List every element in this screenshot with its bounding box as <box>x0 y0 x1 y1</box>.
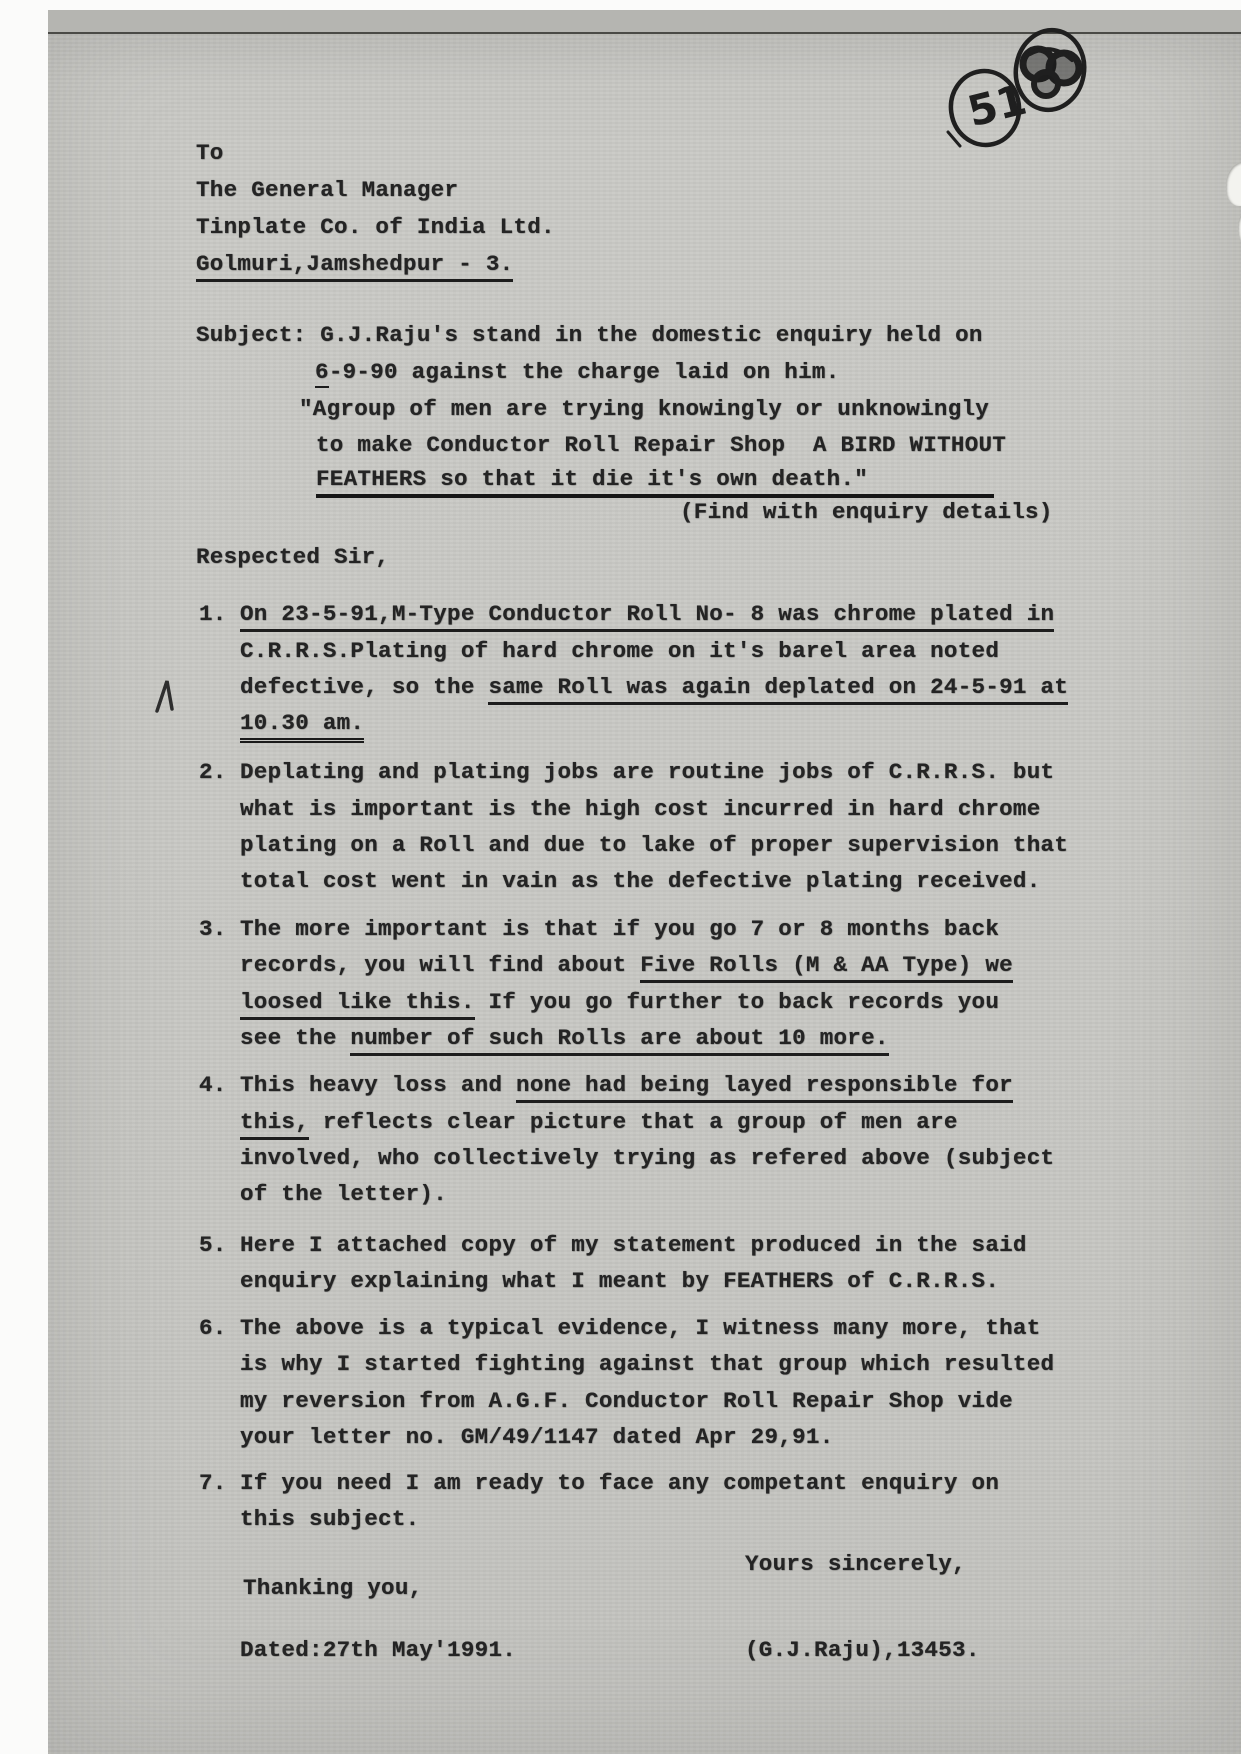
recipient-title: The General Manager <box>196 177 458 203</box>
salutation: Respected Sir, <box>196 544 389 570</box>
letter-content: To The General Manager Tinplate Co. of I… <box>0 0 1241 1754</box>
point-6-line-1: The above is a typical evidence, I witne… <box>240 1315 1041 1341</box>
point-1-line-3: defective, so the same Roll was again de… <box>240 674 1068 700</box>
recipient-company: Tinplate Co. of India Ltd. <box>196 214 555 240</box>
point-3-line-3: loosed like this. If you go further to b… <box>240 989 999 1015</box>
closing-thanks: Thanking you, <box>243 1575 422 1601</box>
point-6-number: 6. <box>199 1315 227 1341</box>
point-5-line-1: Here I attached copy of my statement pro… <box>240 1232 1027 1258</box>
point-6-line-3: my reversion from A.G.F. Conductor Roll … <box>240 1388 1013 1414</box>
recipient-line-2: The General Manager <box>196 177 458 203</box>
point-3-line-2: records, you will find about Five Rolls … <box>240 952 1013 978</box>
point-4-line-4: of the letter). <box>240 1181 447 1207</box>
point-5-line-2: enquiry explaining what I meant by FEATH… <box>240 1268 999 1294</box>
subject-quote-3: FEATHERS so that it die it's own death." <box>316 466 994 492</box>
point-2-line-1: Deplating and plating jobs are routine j… <box>240 759 1054 785</box>
point-7-line-2: this subject. <box>240 1506 419 1532</box>
subject-quote-2: to make Conductor Roll Repair Shop A BIR… <box>316 432 1006 458</box>
recipient-line-3: Tinplate Co. of India Ltd. <box>196 214 555 240</box>
point-3-line-4: see the number of such Rolls are about 1… <box>240 1025 889 1051</box>
point-7-number: 7. <box>199 1470 227 1496</box>
point-6-line-2: is why I started fighting against that g… <box>240 1351 1054 1377</box>
point-2-line-2: what is important is the high cost incur… <box>240 796 1041 822</box>
point-1-line-2: C.R.R.S.Plating of hard chrome on it's b… <box>240 638 999 664</box>
subject-quote-1: "Agroup of men are trying knowingly or u… <box>299 396 989 422</box>
point-6-line-4: your letter no. GM/49/1147 dated Apr 29,… <box>240 1424 834 1450</box>
subject-line-1: Subject: G.J.Raju's stand in the domesti… <box>196 322 983 348</box>
recipient-address: Golmuri,Jamshedpur - 3. <box>196 251 513 282</box>
point-5-number: 5. <box>199 1232 227 1258</box>
point-1-line-1: On 23-5-91,M-Type Conductor Roll No- 8 w… <box>240 601 1054 627</box>
recipient-to: To <box>196 140 224 166</box>
find-note: (Find with enquiry details) <box>680 499 1053 525</box>
recipient-line-1: To <box>196 140 224 166</box>
point-4-line-2: this, reflects clear picture that a grou… <box>240 1109 958 1135</box>
point-4-line-3: involved, who collectively trying as ref… <box>240 1145 1054 1171</box>
point-1-line-4: 10.30 am. <box>240 710 364 736</box>
subject-line-2: 6-9-90 against the charge laid on him. <box>315 359 840 385</box>
closing-dated: Dated:27th May'1991. <box>240 1637 516 1663</box>
point-3-line-1: The more important is that if you go 7 o… <box>240 916 999 942</box>
point-1-number: 1. <box>199 601 227 627</box>
recipient-line-4: Golmuri,Jamshedpur - 3. <box>196 251 513 277</box>
closing-sincerely: Yours sincerely, <box>745 1551 966 1577</box>
point-4-line-1: This heavy loss and none had being layed… <box>240 1072 1013 1098</box>
point-2-line-4: total cost went in vain as the defective… <box>240 868 1041 894</box>
point-2-number: 2. <box>199 759 227 785</box>
closing-signature: (G.J.Raju),13453. <box>745 1637 980 1663</box>
point-4-number: 4. <box>199 1072 227 1098</box>
point-2-line-3: plating on a Roll and due to lake of pro… <box>240 832 1068 858</box>
point-7-line-1: If you need I am ready to face any compe… <box>240 1470 999 1496</box>
point-3-number: 3. <box>199 916 227 942</box>
